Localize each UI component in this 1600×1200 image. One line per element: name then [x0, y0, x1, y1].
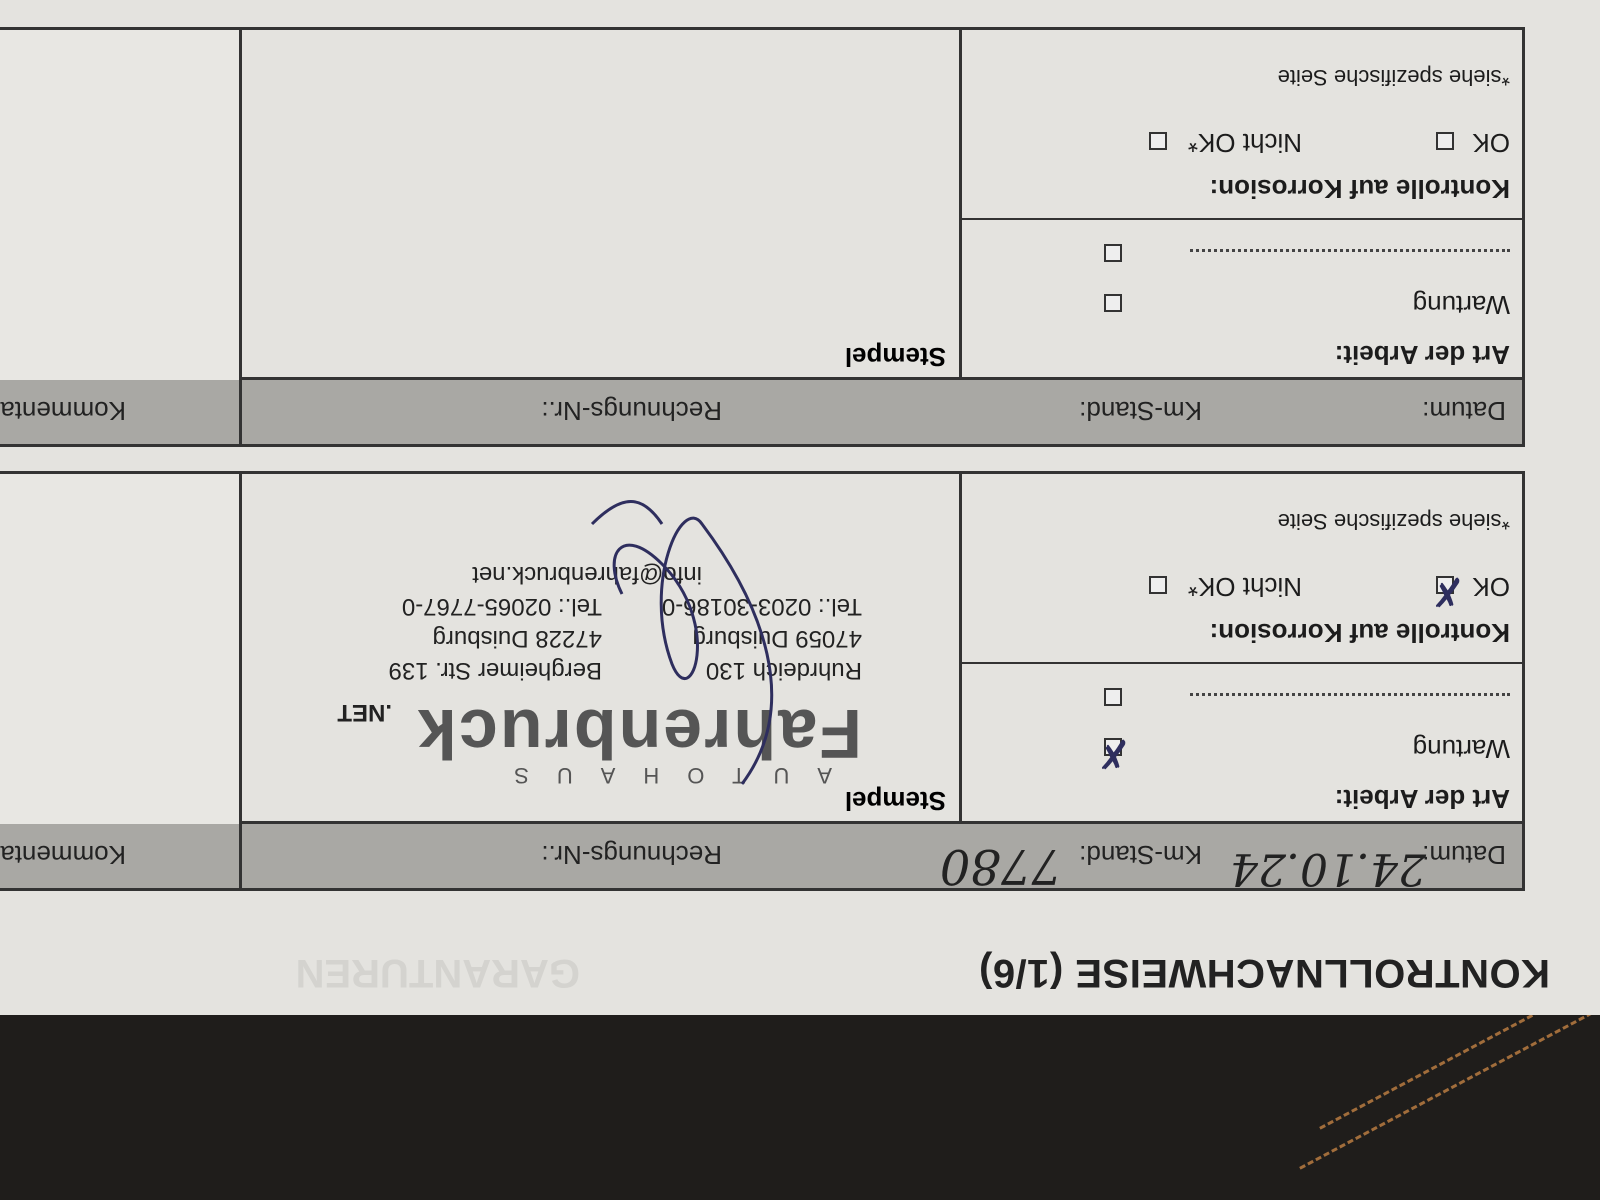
signature [242, 464, 1522, 824]
entry-1: Datum: 24.10.24 Km-Stand: 7780 Rechnungs… [0, 471, 1525, 891]
nicht-ok-label: Nicht OK* [1188, 127, 1302, 158]
stitching [1299, 1007, 1600, 1169]
rechnung-label: Rechnungs-Nr.: [541, 839, 722, 870]
ok-label: OK [1472, 127, 1510, 158]
kommentar-cell[interactable] [0, 30, 242, 380]
kommentar-cell[interactable] [0, 474, 242, 824]
nicht-ok-checkbox[interactable] [1149, 132, 1167, 150]
km-label: Km-Stand: [1079, 839, 1202, 870]
kommentar-label: Kommentar [0, 395, 126, 426]
art-der-arbeit-label: Art der Arbeit: [1335, 339, 1510, 370]
korrosion-label: Kontrolle auf Korrosion: [1210, 173, 1510, 204]
km-value[interactable]: 7780 [940, 838, 1062, 894]
paper-page: KONTROLLNACHWEISE (1/6) GARANTUREN Datum… [0, 0, 1600, 1015]
datum-value[interactable]: 24.10.24 [1230, 843, 1426, 894]
km-label: Km-Stand: [1079, 395, 1202, 426]
kommentar-label: Kommentar [0, 839, 126, 870]
page-title: KONTROLLNACHWEISE (1/6) [979, 950, 1551, 995]
entry-1-header: Datum: 24.10.24 Km-Stand: 7780 Rechnungs… [0, 821, 1522, 888]
footnote: *siehe spezifische Seite [1278, 64, 1510, 90]
wartung-checkbox[interactable] [1104, 294, 1122, 312]
entry-2: Datum: Km-Stand: Rechnungs-Nr.: Kommenta… [0, 27, 1525, 447]
stempel-label: Stempel [845, 341, 946, 372]
other-work-line[interactable] [1190, 249, 1510, 252]
photo-rotated: KONTROLLNACHWEISE (1/6) GARANTUREN Datum… [0, 0, 1600, 1200]
datum-label: Datum: [1422, 839, 1506, 870]
datum-label: Datum: [1422, 395, 1506, 426]
ok-checkbox[interactable] [1436, 132, 1454, 150]
rechnung-label: Rechnungs-Nr.: [541, 395, 722, 426]
wartung-label: Wartung [1413, 289, 1510, 320]
other-work-checkbox[interactable] [1104, 244, 1122, 262]
entry-2-header: Datum: Km-Stand: Rechnungs-Nr.: Kommenta… [0, 377, 1522, 444]
bleed-through-title: GARANTUREN [296, 950, 580, 995]
art-korrosion-column: Art der Arbeit: Wartung Kontrolle auf Ko… [959, 30, 1522, 380]
leather-background [0, 1000, 1600, 1200]
